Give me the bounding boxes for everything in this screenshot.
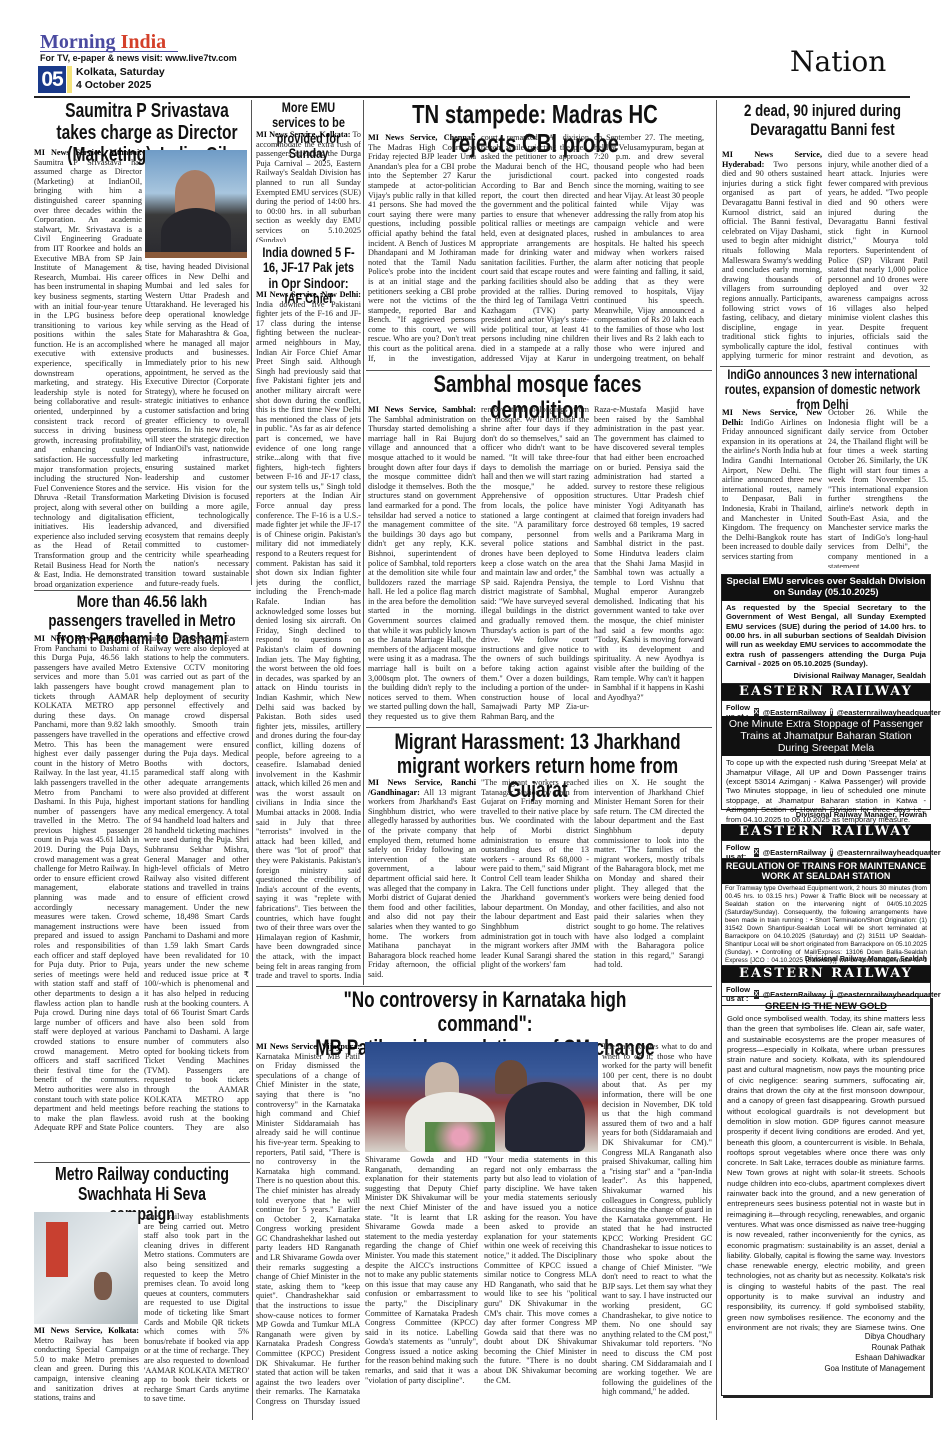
article-body: MI News Service, Chennai: The Madras Hig… xyxy=(368,133,476,363)
page-number: 05 xyxy=(38,66,66,93)
website-promo: For TV, e-paper & news visit: www.live7t… xyxy=(40,53,237,63)
ad-body: As requested by the Special Secretary to… xyxy=(722,601,930,671)
ad-signature: Divisional Railway Manager, Sealdah xyxy=(722,671,930,682)
signatory-institution: Goa Institute of Management xyxy=(722,1364,930,1375)
article-body: MI News Service, Kolkata: From Panchami … xyxy=(34,634,139,1134)
article-body: ilies on X. He sought the intervention o… xyxy=(594,778,704,983)
karnataka-leaders-photo xyxy=(365,1042,598,1152)
article-body: MI News Service, Hyderabad: Two persons … xyxy=(722,150,822,360)
eastern-railway-banner: EASTERN RAILWAY xyxy=(721,684,931,700)
cleaning-photo xyxy=(34,1212,138,1324)
article-body: MI News Service, New Delhi: India downed… xyxy=(256,290,361,980)
ad-body: For Tramway type Overhead Equipment work… xyxy=(722,884,930,966)
column-divider xyxy=(251,100,252,585)
article-body: died due to a severe head injury, while … xyxy=(828,150,928,360)
column-divider xyxy=(363,100,364,985)
article-body: on September 27. The meeting, held at Ve… xyxy=(594,133,704,363)
opinion-title: GREEN IS THE NEW GOLD xyxy=(722,1001,930,1012)
regulation-ad: REGULATION OF TRAINS FOR MAINTENANCE WOR… xyxy=(721,858,931,966)
article-body: court remarked. A division bench, while … xyxy=(481,133,589,363)
eastern-railway-banner: EASTERN RAILWAY xyxy=(721,824,931,840)
ad-heading: REGULATION OF TRAINS FOR MAINTENANCE WOR… xyxy=(722,859,930,884)
article-body: MI News Service, Sambhal: The Sambhal ad… xyxy=(368,405,476,723)
article-body: The party knows what to do and when to d… xyxy=(602,1042,712,1407)
emu-services-ad: Special EMU services over Sealdah Divisi… xyxy=(721,574,931,684)
ad-heading: One Minute Extra Stoppage of Passenger T… xyxy=(722,716,930,756)
article-indigo: IndiGo announces 3 new international rou… xyxy=(690,368,945,413)
masthead-rule xyxy=(34,96,910,98)
newspaper-title: Morning India xyxy=(40,32,166,52)
x-handle[interactable]: @EasternRailway xyxy=(763,848,827,857)
headline: IndiGo announces 3 new international rou… xyxy=(719,368,926,413)
article-body: MI News Service, New Delhi: IndiGo Airli… xyxy=(722,408,822,568)
article-body: MI News Service, Vijaypura: Karnataka Mi… xyxy=(256,1042,360,1407)
article-divider xyxy=(366,727,712,728)
portrait-photo xyxy=(145,150,247,258)
headline: 2 dead, 90 injured during Devaragattu Ba… xyxy=(727,102,918,139)
article-body: Guides volunteers of Eastern Railway wer… xyxy=(144,634,249,1134)
article-body: MI News Service, Mumbai: Saumitra P Sriv… xyxy=(34,148,142,588)
ad-signature: Divisional Railway Manager, Sealdah xyxy=(721,955,931,966)
article-body: "The migrant workers reached Tatanagar S… xyxy=(481,778,589,983)
article-divider xyxy=(34,590,251,591)
opinion-body: Gold once symbolised wealth. Today, its … xyxy=(722,1014,930,1332)
article-body: tise, having headed Divisional offices i… xyxy=(145,262,249,588)
article-body: MI News Service, Kolkata: Metro Railway … xyxy=(34,1326,139,1406)
ad-signature: Divisional Railway Manager, Howrah xyxy=(721,810,931,821)
x-twitter-icon: X xyxy=(754,848,759,857)
signatory: Eshaan Dahiwadkar xyxy=(722,1353,930,1364)
headline: "No controversy in Karnataka high comman… xyxy=(294,988,676,1036)
article-body: other railway establishments are being c… xyxy=(144,1212,249,1407)
article-body: October 26. While the Indonesia flight w… xyxy=(828,408,928,568)
page-number-accent xyxy=(67,66,72,93)
edition-date: Kolkata, Saturday4 October 2025 xyxy=(76,66,165,92)
signatory: Dibya Choudhary xyxy=(722,1332,930,1343)
facebook-icon: f xyxy=(830,848,832,857)
article-body: Shivarame Gowda and HD Ranganath, demand… xyxy=(365,1155,478,1407)
article-divider xyxy=(34,1162,250,1163)
signatory: Rounak Pathak xyxy=(722,1343,930,1354)
eastern-railway-banner: EASTERN RAILWAY xyxy=(721,966,931,982)
article-body: Raza-e-Mustafa Masjid have been raised b… xyxy=(594,405,704,723)
stoppage-ad: One Minute Extra Stoppage of Passenger T… xyxy=(721,716,931,810)
facebook-handle[interactable]: @easternrailwayheadquarter xyxy=(837,848,941,857)
opinion-green-gold: GREEN IS THE NEW GOLD Gold once symbolis… xyxy=(721,996,931,1396)
ad-heading: Special EMU services over Sealdah Divisi… xyxy=(722,575,930,601)
title-underline xyxy=(40,51,178,52)
article-body: MI News Service, Ranchi /Gandhinagar: Al… xyxy=(368,778,476,983)
article-body: remove their belongings from the mosque.… xyxy=(481,405,589,723)
article-devaragattu: 2 dead, 90 injured during Devaragattu Ba… xyxy=(700,102,945,139)
article-body: "Your media statements in this regard no… xyxy=(484,1155,597,1407)
section-title: Nation xyxy=(790,45,886,78)
